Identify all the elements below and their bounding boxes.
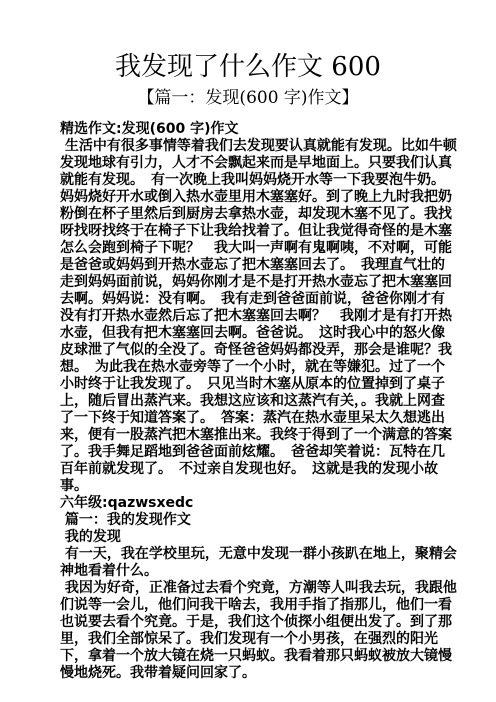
paragraph-grade-author: 六年级:qazwsxedc: [60, 495, 458, 512]
document-subtitle: 【篇一：发现(600 字)作文】: [0, 87, 496, 109]
document-page: 我发现了什么作文 600 【篇一：发现(600 字)作文】 精选作文:发现(60…: [0, 0, 496, 702]
document-body: 精选作文:发现(600 字)作文 生活中有很多事情等着我们去发现要认真就能有发现…: [60, 121, 458, 682]
paragraph-intro-heading: 精选作文:发现(600 字)作文: [60, 121, 458, 138]
paragraph-essay-one-body: 生活中有很多事情等着我们去发现要认真就能有发现。比如牛顿发现地球有引力，人才不会…: [60, 138, 458, 495]
paragraph-essay-two-title: 我的发现: [60, 529, 458, 546]
paragraph-essay-two-opening: 有一天，我在学校里玩，无意中发现一群小孩趴在地上，聚精会神地看着什么。: [60, 546, 458, 580]
paragraph-essay-two-heading: 篇一：我的发现作文: [60, 512, 458, 529]
paragraph-essay-two-body: 我因为好奇，正准备过去看个究竟，方潮等人叫我去玩，我跟他们说等一会儿，他们问我干…: [60, 580, 458, 682]
document-title: 我发现了什么作文 600: [0, 52, 496, 82]
